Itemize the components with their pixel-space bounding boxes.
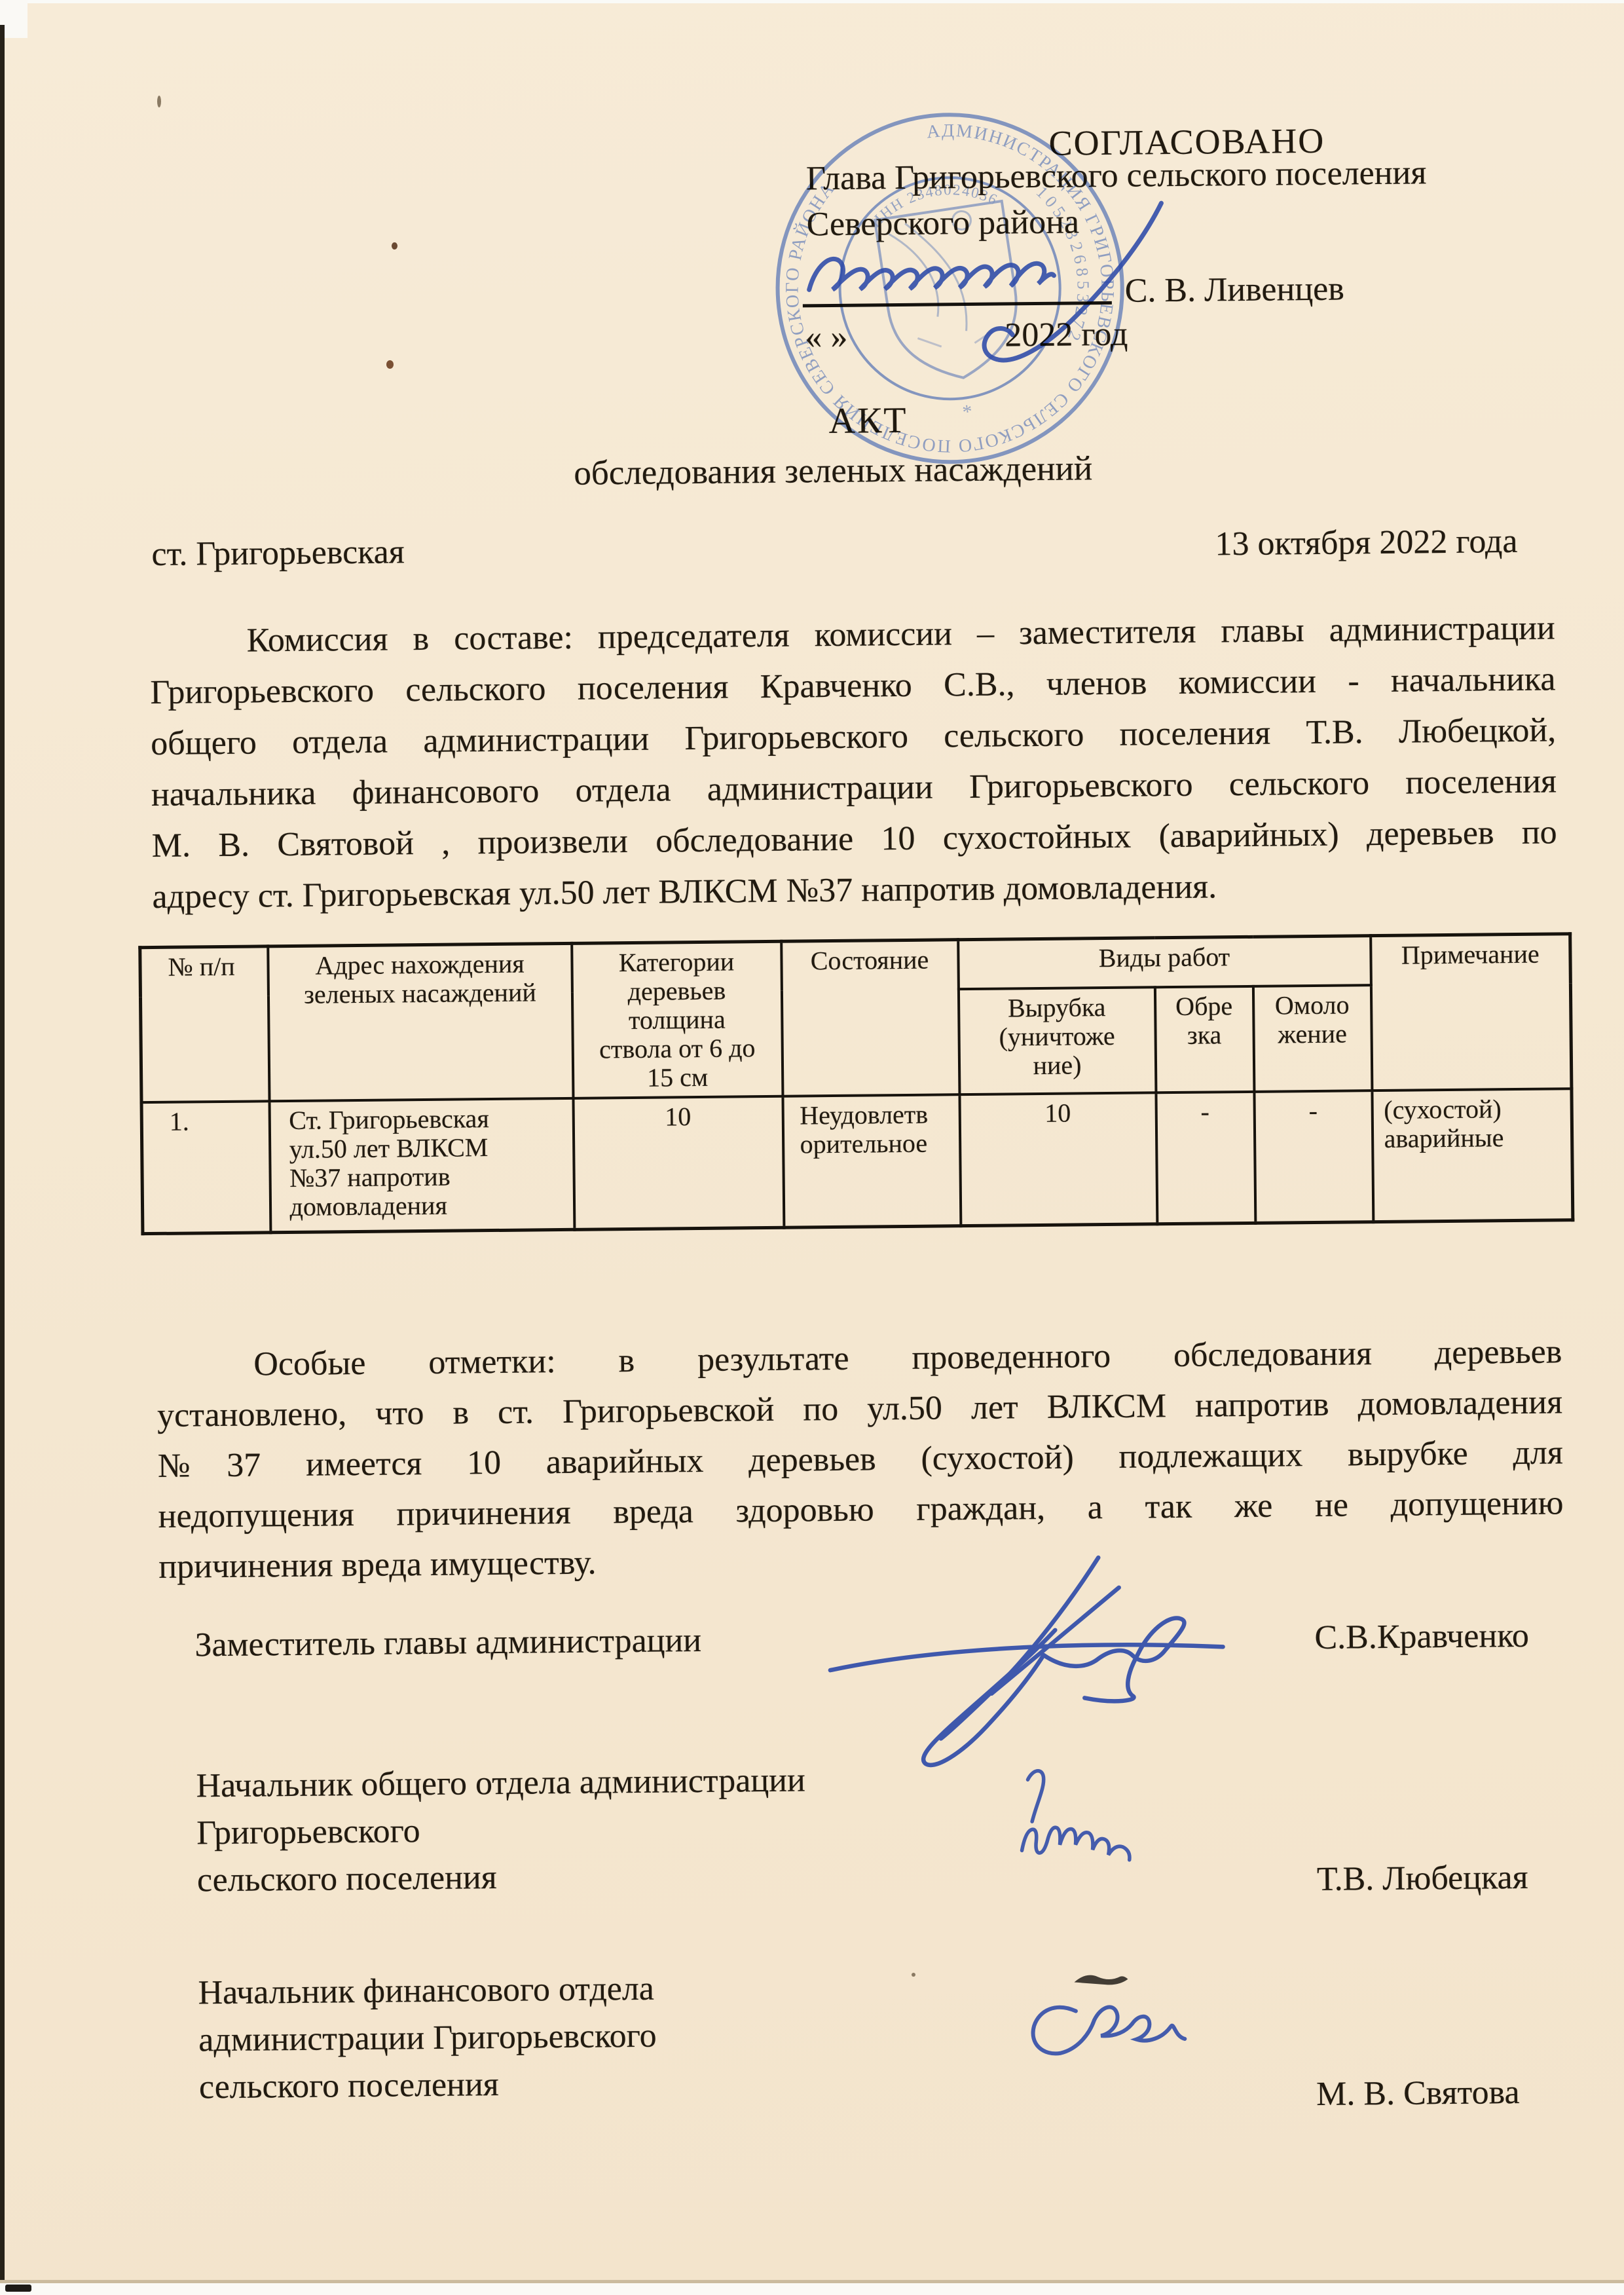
place-label: ст. Григорьевская xyxy=(151,532,405,574)
scan-edge-top xyxy=(0,0,1624,3)
col-header-address: Адрес нахождения зеленых насаждений xyxy=(268,943,573,1101)
scan-smudge xyxy=(5,2285,31,2292)
cell-cut: 10 xyxy=(959,1092,1157,1225)
signature-svyatova xyxy=(1033,2006,1185,2054)
signatory-title-deputy: Заместитель главы администрации xyxy=(194,1620,701,1666)
col-header-num: № п/п xyxy=(140,946,269,1102)
document-content: СОГЛАСОВАНО Глава Григорьевского сельско… xyxy=(0,0,1624,2295)
signatory-title-general-dept: Начальник общего отдела администрации Гр… xyxy=(196,1755,1048,1904)
cell-rejuvenate: - xyxy=(1254,1091,1373,1223)
scan-edge-bottom xyxy=(0,2283,1624,2295)
approval-year: 2022 год xyxy=(1005,314,1128,356)
doc-title: АКТ xyxy=(828,399,908,443)
ink-smudge xyxy=(1074,1975,1128,1985)
col-header-cut: Вырубка (уничтоже ние) xyxy=(958,987,1156,1094)
cell-prune: - xyxy=(1156,1092,1255,1223)
paper-speck xyxy=(157,96,161,107)
commission-paragraph: Комиссия в составе: председателя комисси… xyxy=(149,603,1557,923)
svg-text:*: * xyxy=(961,400,974,423)
date-label: 13 октября 2022 года xyxy=(1215,521,1518,565)
col-header-category: Категории деревьев толщина ствола от 6 д… xyxy=(572,941,783,1098)
cell-category: 10 xyxy=(573,1096,784,1229)
signatory-name-lyubetskaya: Т.В. Любецкая xyxy=(1317,1857,1528,1899)
cell-num: 1. xyxy=(141,1101,270,1233)
table-row: 1. Ст. Григорьевская ул.50 лет ВЛКСМ №37… xyxy=(141,1089,1573,1233)
cell-note: (сухостой) аварийные xyxy=(1372,1089,1573,1222)
cell-address: Ст. Григорьевская ул.50 лет ВЛКСМ №37 на… xyxy=(269,1098,574,1232)
survey-table: № п/п Адрес нахождения зеленых насаждени… xyxy=(138,932,1574,1235)
scanned-act-document: СОГЛАСОВАНО Глава Григорьевского сельско… xyxy=(0,0,1624,2295)
approver-title-line1: Глава Григорьевского сельского поселения xyxy=(806,153,1427,198)
signature-kravchenko xyxy=(829,1556,1224,1766)
approver-name: С. В. Ливенцев xyxy=(1124,269,1344,311)
col-header-works: Виды работ xyxy=(958,936,1371,989)
cell-state: Неудовлетв орительное xyxy=(783,1094,961,1227)
paper-speck xyxy=(386,360,394,369)
signatory-name-svyatova: М. В. Святова xyxy=(1316,2072,1520,2114)
signature-line xyxy=(803,301,1112,308)
col-header-prune: Обре зка xyxy=(1154,986,1254,1093)
date-quotes: « » xyxy=(805,317,848,358)
approver-title-line2: Северского района xyxy=(806,202,1079,244)
col-header-state: Состояние xyxy=(781,940,959,1096)
signatory-title-finance-dept: Начальник финансового отдела администрац… xyxy=(198,1962,1050,2111)
paper-speck xyxy=(392,242,397,250)
special-notes-paragraph: Особые отметки: в результате проведенног… xyxy=(157,1326,1564,1592)
doc-subtitle: обследования зеленых насаждений xyxy=(574,448,1092,494)
signatory-name-kravchenko: С.В.Кравченко xyxy=(1314,1616,1529,1658)
paper-speck xyxy=(912,1973,915,1977)
scan-edge-left xyxy=(0,25,5,2285)
col-header-rejuvenate: Омоло жение xyxy=(1253,985,1372,1092)
col-header-note: Примечание xyxy=(1371,934,1572,1091)
